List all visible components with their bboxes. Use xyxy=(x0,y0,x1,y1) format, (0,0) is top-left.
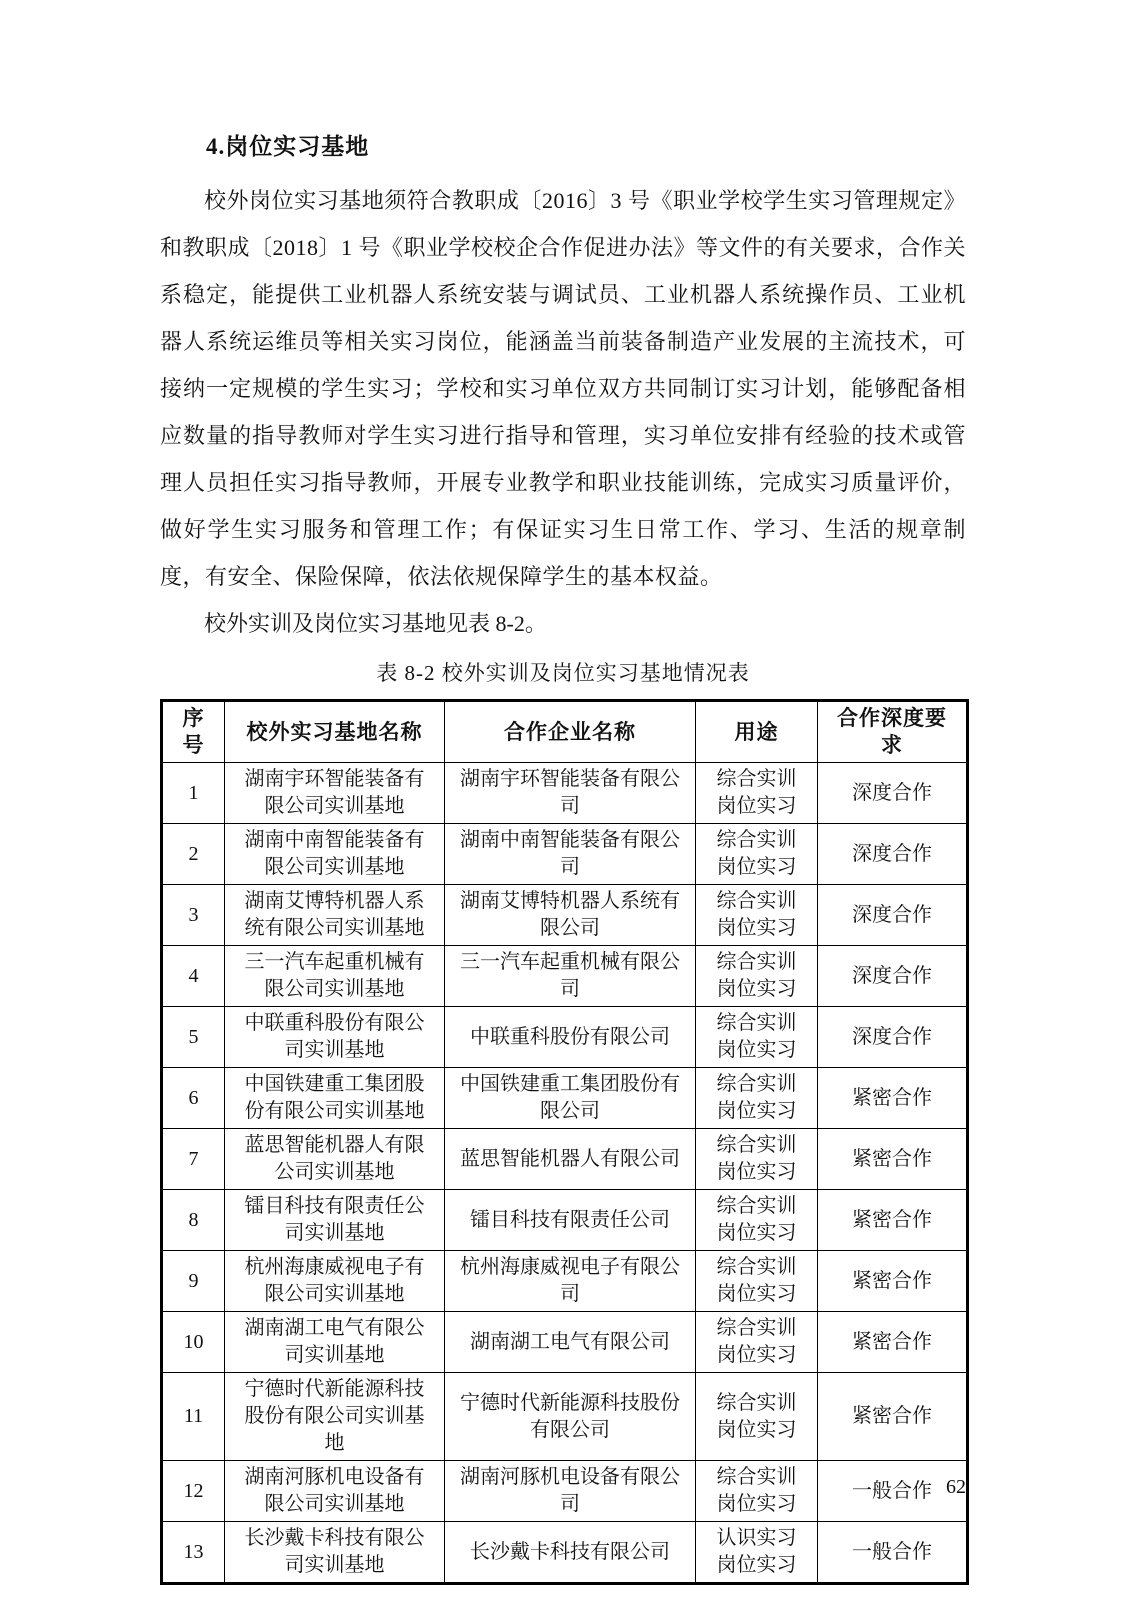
section-paragraph: 校外岗位实习基地须符合教职成〔2016〕3 号《职业学校学生实习管理规定》和教职… xyxy=(160,177,966,600)
cell-company: 湖南湖工电气有限公司 xyxy=(445,1312,696,1373)
cell-no: 11 xyxy=(162,1373,225,1461)
cell-usage: 综合实训 岗位实习 xyxy=(696,1373,818,1461)
cell-usage: 综合实训 岗位实习 xyxy=(696,1190,818,1251)
cell-base: 湖南中南智能装备有限公司实训基地 xyxy=(225,824,445,885)
cell-no: 9 xyxy=(162,1251,225,1312)
cell-usage: 综合实训 岗位实习 xyxy=(696,824,818,885)
cell-base: 中国铁建重工集团股份有限公司实训基地 xyxy=(225,1068,445,1129)
cell-usage: 综合实训 岗位实习 xyxy=(696,763,818,824)
cell-base: 蓝思智能机器人有限公司实训基地 xyxy=(225,1129,445,1190)
table-row: 2 湖南中南智能装备有限公司实训基地 湖南中南智能装备有限公司 综合实训 岗位实… xyxy=(162,824,968,885)
cell-base: 中联重科股份有限公司实训基地 xyxy=(225,1007,445,1068)
table-header-row: 序号 校外实习基地名称 合作企业名称 用途 合作深度要求 xyxy=(162,701,968,763)
cell-usage: 综合实训 岗位实习 xyxy=(696,1461,818,1522)
cell-no: 13 xyxy=(162,1522,225,1584)
page-content: 4.岗位实习基地 校外岗位实习基地须符合教职成〔2016〕3 号《职业学校学生实… xyxy=(160,128,966,1585)
cell-depth: 深度合作 xyxy=(818,1007,968,1068)
cell-company: 镭目科技有限责任公司 xyxy=(445,1190,696,1251)
section-heading: 4.岗位实习基地 xyxy=(206,128,966,161)
cell-company: 湖南宇环智能装备有限公司 xyxy=(445,763,696,824)
cell-no: 3 xyxy=(162,885,225,946)
table-row: 13 长沙戴卡科技有限公司实训基地 长沙戴卡科技有限公司 认识实习 岗位实习 一… xyxy=(162,1522,968,1584)
column-header-no: 序号 xyxy=(162,701,225,763)
cell-company: 长沙戴卡科技有限公司 xyxy=(445,1522,696,1584)
cell-depth: 一般合作 xyxy=(818,1461,968,1522)
cell-usage: 综合实训 岗位实习 xyxy=(696,1068,818,1129)
table-body: 1 湖南宇环智能装备有限公司实训基地 湖南宇环智能装备有限公司 综合实训 岗位实… xyxy=(162,763,968,1584)
cell-base: 湖南河豚机电设备有限公司实训基地 xyxy=(225,1461,445,1522)
table-row: 3 湖南艾博特机器人系统有限公司实训基地 湖南艾博特机器人系统有限公司 综合实训… xyxy=(162,885,968,946)
cell-company: 蓝思智能机器人有限公司 xyxy=(445,1129,696,1190)
cell-usage: 认识实习 岗位实习 xyxy=(696,1522,818,1584)
cell-no: 6 xyxy=(162,1068,225,1129)
cell-no: 10 xyxy=(162,1312,225,1373)
column-header-depth: 合作深度要求 xyxy=(818,701,968,763)
cell-depth: 深度合作 xyxy=(818,885,968,946)
cell-company: 宁德时代新能源科技股份有限公司 xyxy=(445,1373,696,1461)
column-header-base: 校外实习基地名称 xyxy=(225,701,445,763)
cell-depth: 紧密合作 xyxy=(818,1312,968,1373)
cell-no: 8 xyxy=(162,1190,225,1251)
cell-depth: 一般合作 xyxy=(818,1522,968,1584)
table-row: 6 中国铁建重工集团股份有限公司实训基地 中国铁建重工集团股份有限公司 综合实训… xyxy=(162,1068,968,1129)
table-row: 12 湖南河豚机电设备有限公司实训基地 湖南河豚机电设备有限公司 综合实训 岗位… xyxy=(162,1461,968,1522)
cell-company: 湖南艾博特机器人系统有限公司 xyxy=(445,885,696,946)
cell-company: 中国铁建重工集团股份有限公司 xyxy=(445,1068,696,1129)
cell-no: 2 xyxy=(162,824,225,885)
document-page: 4.岗位实习基地 校外岗位实习基地须符合教职成〔2016〕3 号《职业学校学生实… xyxy=(0,0,1131,1600)
cell-usage: 综合实训 岗位实习 xyxy=(696,1007,818,1068)
cell-no: 5 xyxy=(162,1007,225,1068)
column-header-company: 合作企业名称 xyxy=(445,701,696,763)
practice-base-table: 序号 校外实习基地名称 合作企业名称 用途 合作深度要求 1 湖南宇环智能装备有… xyxy=(160,699,969,1585)
table-row: 10 湖南湖工电气有限公司实训基地 湖南湖工电气有限公司 综合实训 岗位实习 紧… xyxy=(162,1312,968,1373)
table-row: 9 杭州海康威视电子有限公司实训基地 杭州海康威视电子有限公司 综合实训 岗位实… xyxy=(162,1251,968,1312)
cell-usage: 综合实训 岗位实习 xyxy=(696,1251,818,1312)
cell-company: 中联重科股份有限公司 xyxy=(445,1007,696,1068)
cell-usage: 综合实训 岗位实习 xyxy=(696,946,818,1007)
table-title: 表 8-2 校外实训及岗位实习基地情况表 xyxy=(160,657,966,687)
table-row: 1 湖南宇环智能装备有限公司实训基地 湖南宇环智能装备有限公司 综合实训 岗位实… xyxy=(162,763,968,824)
cell-base: 杭州海康威视电子有限公司实训基地 xyxy=(225,1251,445,1312)
table-row: 5 中联重科股份有限公司实训基地 中联重科股份有限公司 综合实训 岗位实习 深度… xyxy=(162,1007,968,1068)
cell-base: 湖南宇环智能装备有限公司实训基地 xyxy=(225,763,445,824)
cell-base: 湖南艾博特机器人系统有限公司实训基地 xyxy=(225,885,445,946)
table-row: 7 蓝思智能机器人有限公司实训基地 蓝思智能机器人有限公司 综合实训 岗位实习 … xyxy=(162,1129,968,1190)
cell-no: 7 xyxy=(162,1129,225,1190)
column-header-usage: 用途 xyxy=(696,701,818,763)
cell-depth: 深度合作 xyxy=(818,763,968,824)
cell-no: 1 xyxy=(162,763,225,824)
cell-base: 长沙戴卡科技有限公司实训基地 xyxy=(225,1522,445,1584)
cell-company: 三一汽车起重机械有限公司 xyxy=(445,946,696,1007)
cell-usage: 综合实训 岗位实习 xyxy=(696,885,818,946)
table-lead-in: 校外实训及岗位实习基地见表 8-2。 xyxy=(160,600,966,647)
cell-depth: 紧密合作 xyxy=(818,1373,968,1461)
cell-base: 宁德时代新能源科技股份有限公司实训基地 xyxy=(225,1373,445,1461)
cell-usage: 综合实训 岗位实习 xyxy=(696,1312,818,1373)
table-row: 8 镭目科技有限责任公司实训基地 镭目科技有限责任公司 综合实训 岗位实习 紧密… xyxy=(162,1190,968,1251)
cell-usage: 综合实训 岗位实习 xyxy=(696,1129,818,1190)
page-number: 62 xyxy=(946,1476,966,1499)
cell-no: 12 xyxy=(162,1461,225,1522)
cell-depth: 紧密合作 xyxy=(818,1190,968,1251)
cell-base: 三一汽车起重机械有限公司实训基地 xyxy=(225,946,445,1007)
cell-no: 4 xyxy=(162,946,225,1007)
cell-depth: 紧密合作 xyxy=(818,1129,968,1190)
cell-depth: 深度合作 xyxy=(818,946,968,1007)
cell-company: 湖南河豚机电设备有限公司 xyxy=(445,1461,696,1522)
cell-company: 杭州海康威视电子有限公司 xyxy=(445,1251,696,1312)
cell-depth: 深度合作 xyxy=(818,824,968,885)
table-row: 4 三一汽车起重机械有限公司实训基地 三一汽车起重机械有限公司 综合实训 岗位实… xyxy=(162,946,968,1007)
table-row: 11 宁德时代新能源科技股份有限公司实训基地 宁德时代新能源科技股份有限公司 综… xyxy=(162,1373,968,1461)
cell-base: 湖南湖工电气有限公司实训基地 xyxy=(225,1312,445,1373)
cell-depth: 紧密合作 xyxy=(818,1068,968,1129)
cell-depth: 紧密合作 xyxy=(818,1251,968,1312)
cell-company: 湖南中南智能装备有限公司 xyxy=(445,824,696,885)
cell-base: 镭目科技有限责任公司实训基地 xyxy=(225,1190,445,1251)
